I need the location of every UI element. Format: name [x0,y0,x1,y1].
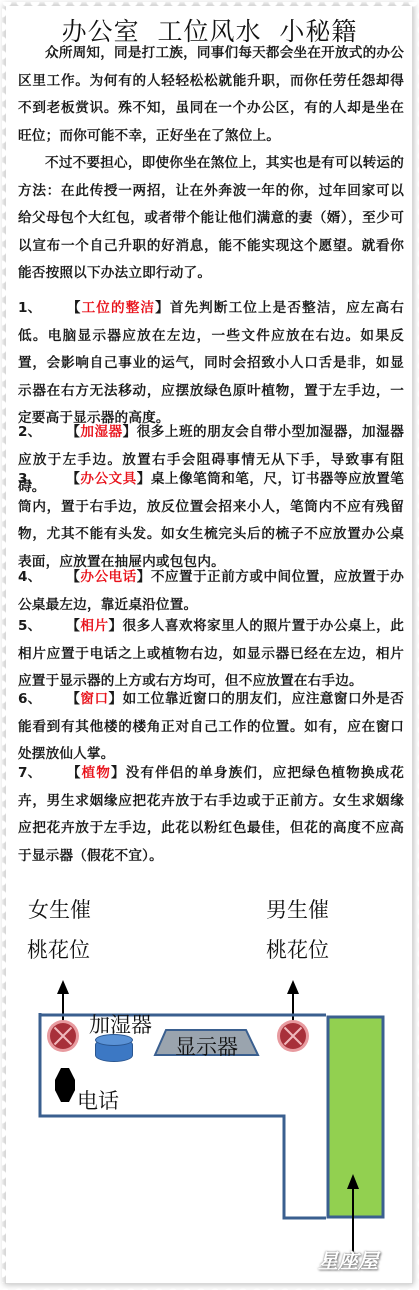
tip-keyword: 植物 [82,765,111,781]
peach-blossom-marker-right-icon [280,1023,306,1049]
intro-paragraph-1: 众所周知，同是打工族，同事们每天都会坐在开放式的办公区里工作。为何有的人轻轻松松… [18,40,404,150]
tip-item-7: 7、【植物】没有伴侣的单身族们，应把绿色植物换成花卉，男生求姻缘应把花卉放于右手… [18,760,404,870]
peach-blossom-marker-left-icon [50,1023,76,1049]
tip-keyword: 相片 [80,618,108,634]
humidifier-label: 加湿器 [89,1009,152,1039]
tip-number: 2、 [18,419,66,447]
tip-item-6: 6、【窗口】如工位靠近窗口的朋友们，应注意窗口外是否能看到有其他楼的楼角正对自己… [18,686,404,769]
watermark-logo: 星座屋 [318,1245,378,1274]
bracket-close: 】 [123,424,137,440]
bracket-open: 【 [66,569,80,585]
bracket-close: 】 [111,765,126,781]
tip-keyword: 工位的整洁 [82,300,155,316]
tip-item-1: 1、【工位的整洁】首先判断工位上是否整洁，应左高右低。电脑显示器应放在左边，一些… [18,295,404,433]
desk-layout-diagram: 女生催 桃花位 男生催 桃花位 加湿器 显示器 电话 星座屋 [0,880,419,1290]
tip-number: 5、 [18,613,66,641]
tip-number: 7、 [18,760,66,788]
bracket-close: 】 [109,691,123,707]
tip-number: 3、 [18,466,66,494]
tip-keyword: 办公电话 [80,569,136,585]
bracket-open: 【 [66,765,82,781]
bracket-close: 】 [109,618,123,634]
bracket-open: 【 [66,691,80,707]
intro-paragraph-2-text: 不过不要担心，即使你坐在煞位上，其实也是有可以转运的方法：在此传授一两招，让在外… [18,155,404,281]
tip-keyword: 办公文具 [80,471,136,487]
bracket-open: 【 [66,300,82,316]
bracket-open: 【 [66,424,80,440]
tip-item-5: 5、【相片】很多人喜欢将家里人的照片置于办公桌上，此相片应置于电话之上或植物右边… [18,613,404,696]
tip-number: 6、 [18,686,66,714]
tip-text: 首先判断工位上是否整洁，应左高右低。电脑显示器应放在左边，一些文件应放在右边。如… [18,300,404,426]
tip-item-4: 4、【办公电话】不应置于正前方或中间位置，应放置于办公桌最左边，靠近桌沿位置。 [18,564,404,619]
phone-label: 电话 [77,1085,119,1115]
intro-paragraph-2: 不过不要担心，即使你坐在煞位上，其实也是有可以转运的方法：在此传授一两招，让在外… [18,150,404,288]
bracket-open: 【 [66,618,80,634]
tip-item-3: 3、【办公文具】桌上像笔筒和笔，尺，订书器等应放置笔筒内，置于右手边，放反位置会… [18,466,404,576]
tip-number: 1、 [18,295,66,323]
monitor-label: 显示器 [175,1031,238,1061]
tip-keyword: 加湿器 [80,424,122,440]
bracket-open: 【 [66,471,80,487]
bracket-close: 】 [155,300,170,316]
tip-number: 4、 [18,564,66,592]
bracket-close: 】 [137,471,151,487]
bracket-close: 】 [137,569,151,585]
tip-keyword: 窗口 [80,691,108,707]
intro-paragraph-1-text: 众所周知，同是打工族，同事们每天都会坐在开放式的办公区里工作。为何有的人轻轻松松… [18,45,404,144]
